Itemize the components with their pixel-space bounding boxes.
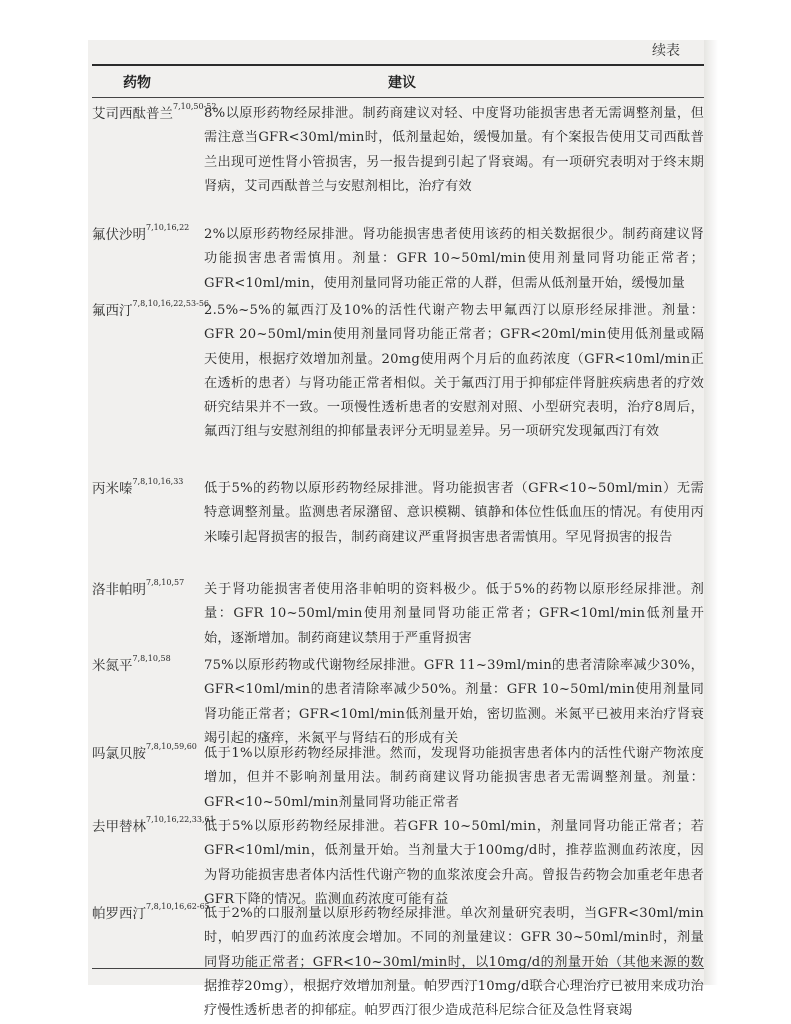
reference-numbers: 7,8,10,16,62-65 <box>146 902 210 911</box>
advice-text: 2.5%~5%的氟西汀及10%的活性代谢产物去甲氟西汀以原形经尿排泄。剂量：GF… <box>204 299 704 445</box>
advice-text: 75%以原形药物或代谢物经尿排泄。GFR 11~39ml/min的患者清除率减少… <box>204 654 704 751</box>
drug-name: 帕罗西汀7,8,10,16,62-65 <box>92 902 202 926</box>
table-bottom-rule <box>92 968 704 969</box>
advice-text: 8%以原形药物经尿排泄。制药商建议对轻、中度肾功能损害患者无需调整剂量，但需注意… <box>204 102 704 199</box>
header-advice: 建议 <box>388 72 416 92</box>
reference-numbers: 7,8,10,57 <box>146 578 184 587</box>
reference-numbers: 7,8,10,58 <box>133 654 171 663</box>
advice-text: 低于5%的药物以原形药物经尿排泄。肾功能损害者（GFR<10~50ml/min）… <box>204 477 704 550</box>
drug-name: 氟西汀7,8,10,16,22,53-56 <box>92 299 202 323</box>
drug-name: 洛非帕明7,8,10,57 <box>92 578 202 602</box>
drug-name: 艾司西酞普兰7,10,50-52 <box>92 102 202 126</box>
advice-text: 2%以原形药物经尿排泄。肾功能损害患者使用该药的相关数据很少。制药商建议肾功能损… <box>204 223 704 296</box>
advice-text: 低于1%以原形药物经尿排泄。然而，发现肾功能损害患者体内的活性代谢产物浓度增加，… <box>204 742 704 815</box>
document-page: 续表 药物 建议 艾司西酞普兰7,10,50-52 8%以原形药物经尿排泄。制药… <box>88 40 704 985</box>
advice-text: 低于2%的口服剂量以原形药物经尿排泄。单次剂量研究表明，当GFR<30ml/mi… <box>204 902 704 1023</box>
header-drug: 药物 <box>123 72 151 92</box>
drug-name: 氟伏沙明7,10,16,22 <box>92 223 202 247</box>
table-top-rule <box>92 64 704 66</box>
reference-numbers: 7,8,10,16,22,53-56 <box>133 299 210 308</box>
reference-numbers: 7,8,10,59,60 <box>146 742 197 751</box>
reference-numbers: 7,8,10,16,33 <box>133 477 184 486</box>
advice-text: 关于肾功能损害者使用洛非帕明的资料极少。低于5%的药物以原形经尿排泄。剂量：GF… <box>204 578 704 651</box>
advice-text: 低于5%以原形药物经尿排泄。若GFR 10~50ml/min，剂量同肾功能正常者… <box>204 815 704 912</box>
continued-table-label: 续表 <box>652 40 680 60</box>
reference-numbers: 7,10,16,22 <box>146 223 189 232</box>
table-header: 药物 建议 <box>88 70 704 96</box>
table-header-rule <box>92 97 704 98</box>
drug-name: 去甲替林7,10,16,22,33,61 <box>92 815 202 839</box>
drug-name: 吗氯贝胺7,8,10,59,60 <box>92 742 202 766</box>
drug-name: 丙米嗪7,8,10,16,33 <box>92 477 202 501</box>
drug-name: 米氮平7,8,10,58 <box>92 654 202 678</box>
